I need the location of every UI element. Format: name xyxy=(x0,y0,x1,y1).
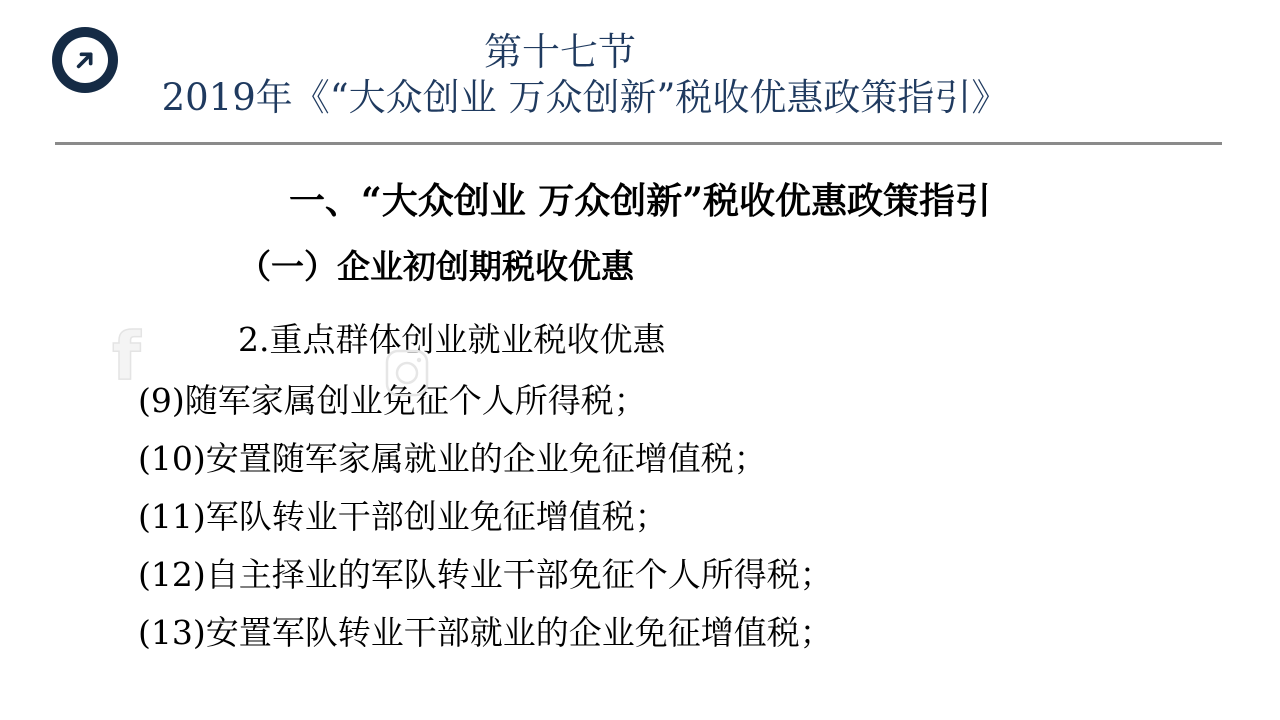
presentation-slide: 第十七节 2019年《“大众创业 万众创新”税收优惠政策指引》 一、“大众创业 … xyxy=(0,0,1280,720)
facebook-watermark-icon: f xyxy=(112,324,141,390)
policy-list: (9)随军家属创业免征个人所得税； (10)安置随军家属就业的企业免征增值税； … xyxy=(138,372,1238,662)
slide-title-section: 第十七节 xyxy=(0,30,1120,74)
section-subheading: （一）企业初创期税收优惠 xyxy=(238,248,634,286)
topic-line: 2.重点群体创业就业税收优惠 xyxy=(238,321,666,359)
list-item: (11)军队转业干部创业免征增值税； xyxy=(138,488,1238,546)
list-item: (9)随军家属创业免征个人所得税； xyxy=(138,372,1238,430)
list-item: (10)安置随军家属就业的企业免征增值税； xyxy=(138,430,1238,488)
header-divider-line xyxy=(55,142,1222,145)
list-item: (13)安置军队转业干部就业的企业免征增值税； xyxy=(138,604,1238,662)
list-item: (12)自主择业的军队转业干部免征个人所得税； xyxy=(138,546,1238,604)
section-heading: 一、“大众创业 万众创新”税收优惠政策指引 xyxy=(0,181,1280,221)
slide-title-policy-guide: 2019年《“大众创业 万众创新”税收优惠政策指引》 xyxy=(0,76,1170,120)
instagram-watermark-icon xyxy=(385,349,429,401)
